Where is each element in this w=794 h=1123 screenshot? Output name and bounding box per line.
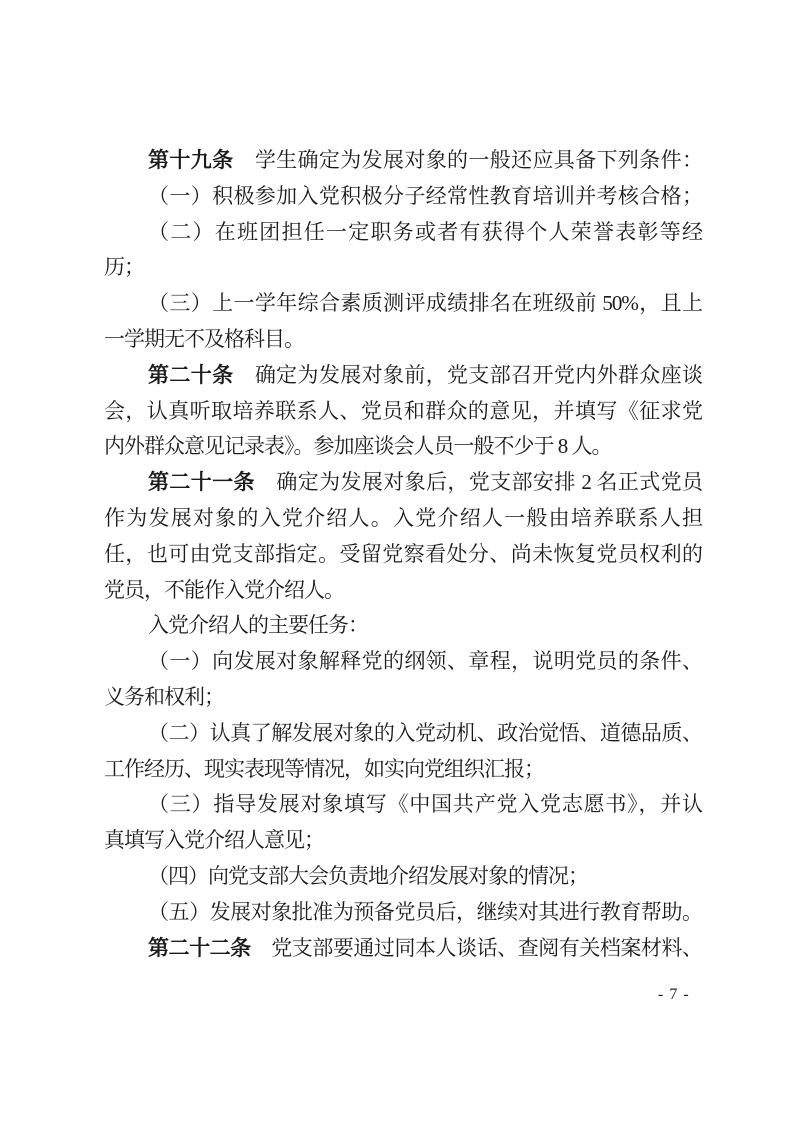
article-number: 第二十条 <box>148 363 233 387</box>
text-line: （五）发展对象批准为预备党员后，继续对其进行教育帮助。 <box>104 895 702 931</box>
text-run: （三）指导发展对象填写《中国共产党入党志愿书》，并认 <box>148 792 702 816</box>
text-run: （一）向发展对象解释党的纲领、章程，说明党员的条件、 <box>148 649 702 673</box>
text-run: 真填写入党介绍人意见； <box>104 828 324 852</box>
text-line: 会，认真听取培养联系人、党员和群众的意见，并填写《征求党 <box>104 394 702 430</box>
text-run: （三）上一学年综合素质测评成绩排名在班级前 50%，且上 <box>148 291 702 315</box>
text-run: 确定为发展对象后，党支部安排 2 名正式党员 <box>255 470 702 494</box>
text-line: 党员，不能作入党介绍人。 <box>104 573 702 609</box>
text-line: 工作经历、现实表现等情况，如实向党组织汇报； <box>104 752 702 788</box>
text-line: （一）向发展对象解释党的纲领、章程，说明党员的条件、 <box>104 644 702 680</box>
text-line: （三）上一学年综合素质测评成绩排名在班级前 50%，且上 <box>104 286 702 322</box>
document-page: 第十九条 学生确定为发展对象的一般还应具备下列条件：（一）积极参加入党积极分子经… <box>0 0 794 1123</box>
text-line: （二）认真了解发展对象的入党动机、政治觉悟、道德品质、 <box>104 716 702 752</box>
text-line: 真填写入党介绍人意见； <box>104 823 702 859</box>
document-body: 第十九条 学生确定为发展对象的一般还应具备下列条件：（一）积极参加入党积极分子经… <box>104 143 702 966</box>
text-run: （二）认真了解发展对象的入党动机、政治觉悟、道德品质、 <box>148 721 702 745</box>
text-line: 第十九条 学生确定为发展对象的一般还应具备下列条件： <box>104 143 702 179</box>
article-number: 第二十一条 <box>148 470 255 494</box>
text-run: 学生确定为发展对象的一般还应具备下列条件： <box>233 148 702 172</box>
text-run: （四）向党支部大会负责地介绍发展对象的情况； <box>148 864 588 888</box>
text-line: 一学期无不及格科目。 <box>104 322 702 358</box>
text-line: （一）积极参加入党积极分子经常性教育培训并考核合格； <box>104 179 702 215</box>
text-line: （四）向党支部大会负责地介绍发展对象的情况； <box>104 859 702 895</box>
text-run: 入党介绍人的主要任务： <box>148 613 368 637</box>
text-run: （五）发展对象批准为预备党员后，继续对其进行教育帮助。 <box>148 900 702 924</box>
text-run: 工作经历、现实表现等情况，如实向党组织汇报； <box>104 757 544 781</box>
text-run: （一）积极参加入党积极分子经常性教育培训并考核合格； <box>148 184 702 208</box>
page-number: - 7 - <box>658 986 690 1004</box>
text-run: （二）在班团担任一定职务或者有获得个人荣誉表彰等经 <box>148 220 702 244</box>
text-line: 入党介绍人的主要任务： <box>104 608 702 644</box>
article-number: 第十九条 <box>148 148 233 172</box>
text-run: 党支部要通过同本人谈话、查阅有关档案材料、 <box>251 936 702 960</box>
text-line: 任，也可由党支部指定。受留党察看处分、尚未恢复党员权利的 <box>104 537 702 573</box>
text-run: 确定为发展对象前，党支部召开党内外群众座谈 <box>233 363 702 387</box>
text-line: 作为发展对象的入党介绍人。入党介绍人一般由培养联系人担 <box>104 501 702 537</box>
text-run: 历； <box>104 255 144 279</box>
text-line: 第二十条 确定为发展对象前，党支部召开党内外群众座谈 <box>104 358 702 394</box>
text-run: 任，也可由党支部指定。受留党察看处分、尚未恢复党员权利的 <box>104 542 702 566</box>
article-number: 第二十二条 <box>148 936 251 960</box>
text-run: 会，认真听取培养联系人、党员和群众的意见，并填写《征求党 <box>104 399 702 423</box>
text-run: 作为发展对象的入党介绍人。入党介绍人一般由培养联系人担 <box>104 506 702 530</box>
text-line: （二）在班团担任一定职务或者有获得个人荣誉表彰等经 <box>104 215 702 251</box>
text-run: 一学期无不及格科目。 <box>104 327 304 351</box>
text-run: 党员，不能作入党介绍人。 <box>104 578 344 602</box>
text-run: 义务和权利； <box>104 685 224 709</box>
text-line: 内外群众意见记录表》。参加座谈会人员一般不少于 8 人。 <box>104 429 702 465</box>
text-line: 第二十一条 确定为发展对象后，党支部安排 2 名正式党员 <box>104 465 702 501</box>
text-line: 第二十二条 党支部要通过同本人谈话、查阅有关档案材料、 <box>104 931 702 967</box>
text-line: （三）指导发展对象填写《中国共产党入党志愿书》，并认 <box>104 787 702 823</box>
text-run: 内外群众意见记录表》。参加座谈会人员一般不少于 8 人。 <box>104 434 612 458</box>
text-line: 义务和权利； <box>104 680 702 716</box>
text-line: 历； <box>104 250 702 286</box>
